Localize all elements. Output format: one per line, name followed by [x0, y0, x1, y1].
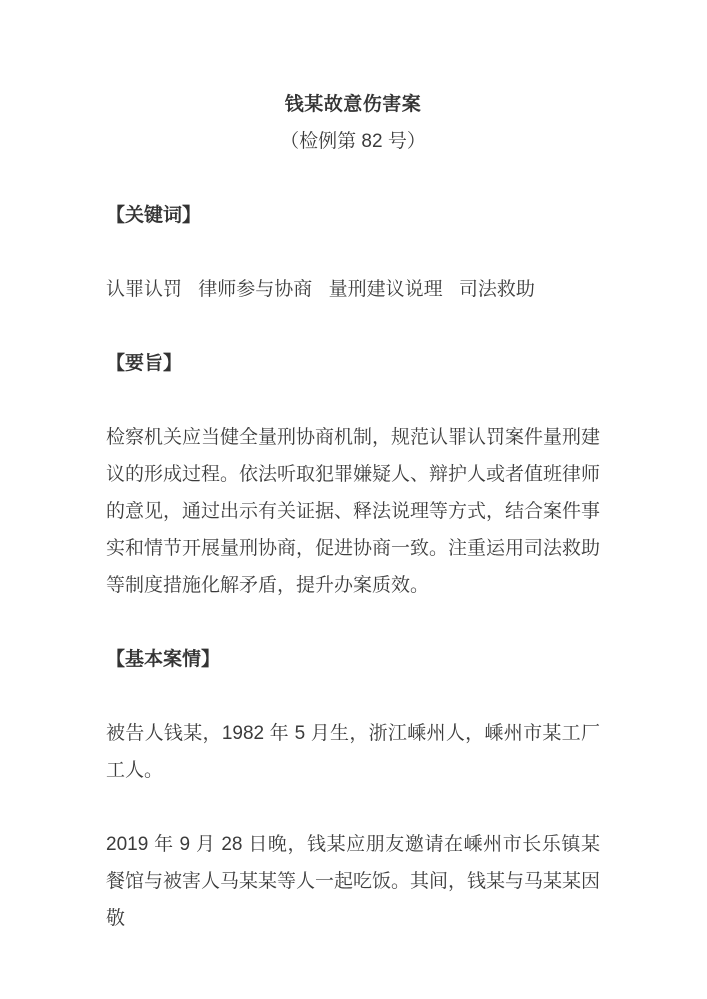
basic-facts-paragraph-incident: 2019 年 9 月 28 日晚，钱某应朋友邀请在嵊州市长乐镇某餐馆与被害人马某…	[106, 826, 600, 937]
basic-facts-paragraph-defendant: 被告人钱某，1982 年 5 月生，浙江嵊州人，嵊州市某工厂工人。	[106, 715, 600, 789]
keyword-item: 律师参与协商	[198, 279, 312, 300]
section-heading-basic-facts: 【基本案情】	[106, 641, 600, 678]
case-number: （检例第 82 号）	[106, 123, 600, 160]
keywords-line: 认罪认罚 律师参与协商 量刑建议说理 司法救助	[106, 271, 600, 308]
document-title: 钱某故意伤害案	[106, 86, 600, 123]
keyword-item: 认罪认罚	[106, 279, 182, 300]
document-page: 钱某故意伤害案 （检例第 82 号） 【关键词】 认罪认罚 律师参与协商 量刑建…	[0, 0, 707, 999]
keyword-item: 司法救助	[459, 279, 535, 300]
section-heading-keywords: 【关键词】	[106, 197, 600, 234]
summary-paragraph: 检察机关应当健全量刑协商机制，规范认罪认罚案件量刑建议的形成过程。依法听取犯罪嫌…	[106, 419, 600, 604]
keyword-item: 量刑建议说理	[329, 279, 443, 300]
section-heading-summary: 【要旨】	[106, 345, 600, 382]
